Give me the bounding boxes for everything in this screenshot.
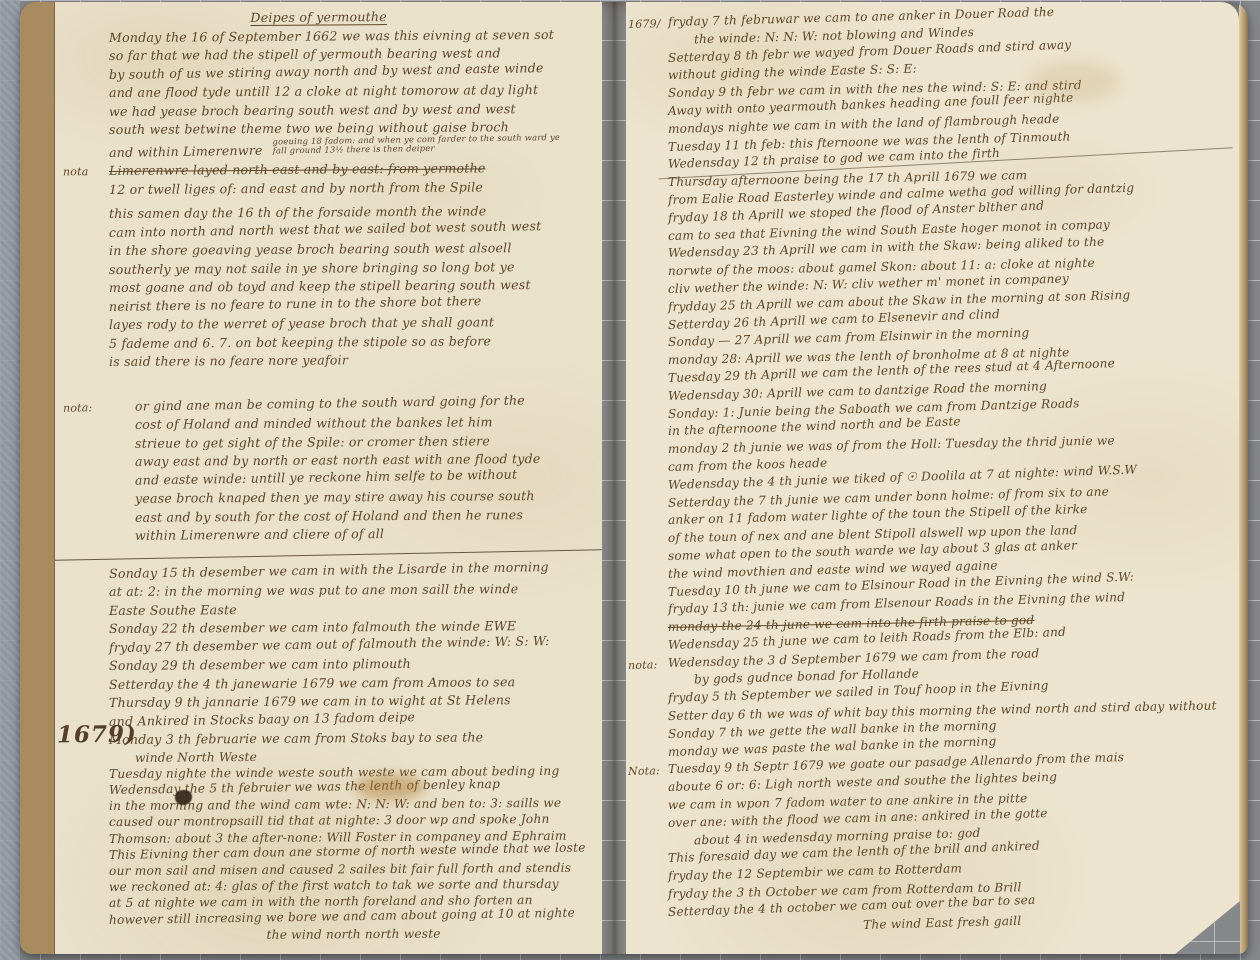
right-page-text: 1679/fryday 7 th februwar we cam to ane … bbox=[668, 14, 1217, 939]
manuscript-line: is said there is no feare nore yeafoir bbox=[109, 350, 598, 372]
margin-note: 1679/ bbox=[628, 15, 661, 34]
line-text: Limerenwre layed north east and by east:… bbox=[109, 160, 486, 178]
margin-note: Nota: bbox=[628, 763, 660, 782]
manuscript-line: nota:or gind ane man be coming to the so… bbox=[109, 390, 598, 416]
line-text: Deipes of yermouthe bbox=[250, 9, 387, 25]
line-text: east and by south for the cost of Holand… bbox=[109, 507, 523, 525]
line-text: Monday 3 th februarie we cam from Stoks … bbox=[109, 729, 483, 747]
stain bbox=[355, 774, 425, 800]
line-text: Setterday the 4 th janewarie 1679 we cam… bbox=[109, 674, 515, 692]
line-text: at at: 2: in the morning we was put to a… bbox=[109, 581, 518, 599]
line-text: Sonday 29 th desember we cam into plimou… bbox=[109, 656, 411, 673]
margin-note: nota: bbox=[628, 656, 658, 675]
line-text: winde North Weste bbox=[109, 749, 257, 764]
line-text: cam from the koos heade bbox=[668, 456, 828, 474]
line-text: the wind north north weste bbox=[266, 926, 440, 941]
line-text: 12 or twell liges of: and east and by no… bbox=[109, 179, 483, 197]
margin-note: nota bbox=[63, 163, 89, 182]
line-text: in the shore goeaving yease broch bearin… bbox=[109, 240, 512, 258]
manuscript-line: within Limerenwre and cliere of of all bbox=[109, 524, 598, 546]
line-text: and within Limerenwre bbox=[109, 142, 263, 159]
line-text: Easte Southe Easte bbox=[109, 602, 237, 618]
line-text: Sonday 15 th desember we cam in with the… bbox=[109, 559, 549, 581]
margin-note: 1679) bbox=[57, 726, 137, 745]
manuscript-line: Sonday 15 th desember we cam in with the… bbox=[109, 550, 599, 583]
line-text: 5 fademe and 6. 7. on bot keeping the st… bbox=[109, 333, 491, 351]
gutter-shadow bbox=[602, 2, 626, 954]
line-text: layes rody to the werret of yease broch … bbox=[109, 314, 494, 332]
line-text: we had yease broch bearing south west an… bbox=[109, 101, 516, 119]
line-text: strieue to get sight of the Spile: or cr… bbox=[109, 433, 490, 451]
line-text: and Ankired in Stocks baay on 13 fadom d… bbox=[109, 709, 415, 729]
right-page-edge bbox=[1239, 2, 1248, 954]
manuscript-line: 12 or twell liges of: and east and by no… bbox=[109, 177, 598, 199]
stacked-page-edges bbox=[20, 2, 55, 954]
line-text: caused our montropsaill tid that at nigh… bbox=[109, 812, 550, 829]
line-text: is said there is no feare nore yeafoir bbox=[109, 352, 348, 369]
line-text: within Limerenwre and cliere of of all bbox=[109, 526, 384, 543]
left-page: Deipes of yermoutheMonday the 16 of Sept… bbox=[55, 2, 602, 954]
line-text: cost of Holand and minded without the ba… bbox=[109, 414, 493, 432]
line-text: yease broch knaped then ye may stire awa… bbox=[109, 488, 535, 506]
fabric-strip bbox=[0, 0, 20, 960]
stain bbox=[1029, 62, 1119, 102]
line-text: southerly ye may not saile in ye shore b… bbox=[109, 259, 515, 277]
line-text: and ane flood tyde untill 12 a cloke at … bbox=[109, 82, 538, 100]
margin-note: nota: bbox=[63, 399, 93, 418]
line-text: Monday the 16 of September 1662 we was t… bbox=[109, 26, 554, 44]
small-interline-note: goeuing 18 fadom: and when ye com farder… bbox=[272, 132, 572, 155]
line-text: The wind East fresh gaill bbox=[863, 913, 1022, 931]
line-text: or gind ane man be coming to the south w… bbox=[109, 392, 525, 414]
manuscript-book: Deipes of yermoutheMonday the 16 of Sept… bbox=[20, 2, 1248, 954]
right-page: 1679/fryday 7 th februwar we cam to ane … bbox=[626, 2, 1239, 954]
manuscript-line: the wind north north weste bbox=[109, 924, 598, 944]
